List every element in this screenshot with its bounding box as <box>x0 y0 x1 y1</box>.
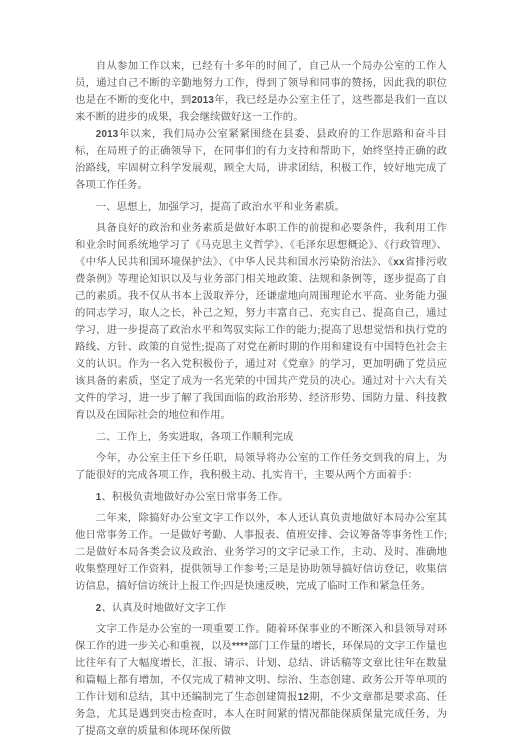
document-body: 自从参加工作以来，已经有十多年的时间了，自己从一个局办公室的工作人员，通过自己不… <box>75 58 447 735</box>
section-heading: 一、思想上，加强学习，提高了政治水平和业务素质。 <box>75 199 447 216</box>
paragraph: 二年来，除搞好办公室文字工作以外，本人还认真负责地做好本局办公室其他日常事务工作… <box>75 510 447 595</box>
paragraph: 今年，办公室主任下乡任职，局领导将办公室的工作任务交到我的肩上，为了能很好的完成… <box>75 450 447 484</box>
paragraph: 自从参加工作以来，已经有十多年的时间了，自己从一个局办公室的工作人员，通过自己不… <box>75 58 447 126</box>
ascii-emphasis: 2 <box>96 603 102 614</box>
paragraph: 具备良好的政治和业务素质是做好本职工作的前提和必要条件，我利用工作和业余时间系统… <box>75 220 447 424</box>
section-heading: 1、积极负责地做好办公室日常事务工作。 <box>75 489 447 506</box>
paragraph: 2013年以来，我们局办公室紧紧围绕在县委、县政府的工作思路和奋斗目标，在局班子… <box>75 126 447 194</box>
ascii-emphasis: 12 <box>298 692 309 703</box>
ascii-emphasis: xx <box>393 257 404 268</box>
section-heading: 2、认真及时地做好文字工作 <box>75 600 447 617</box>
ascii-emphasis: 2013 <box>96 129 119 140</box>
ascii-emphasis: 2013 <box>191 95 214 106</box>
paragraph: 文字工作是办公室的一项重要工作。随着环保事业的不断深入和县领导对环保工作的进一步… <box>75 621 447 735</box>
section-heading: 二、工作上，务实进取，各项工作顺利完成 <box>75 429 447 446</box>
ascii-emphasis: **** <box>232 641 248 652</box>
ascii-emphasis: 1 <box>96 492 102 503</box>
